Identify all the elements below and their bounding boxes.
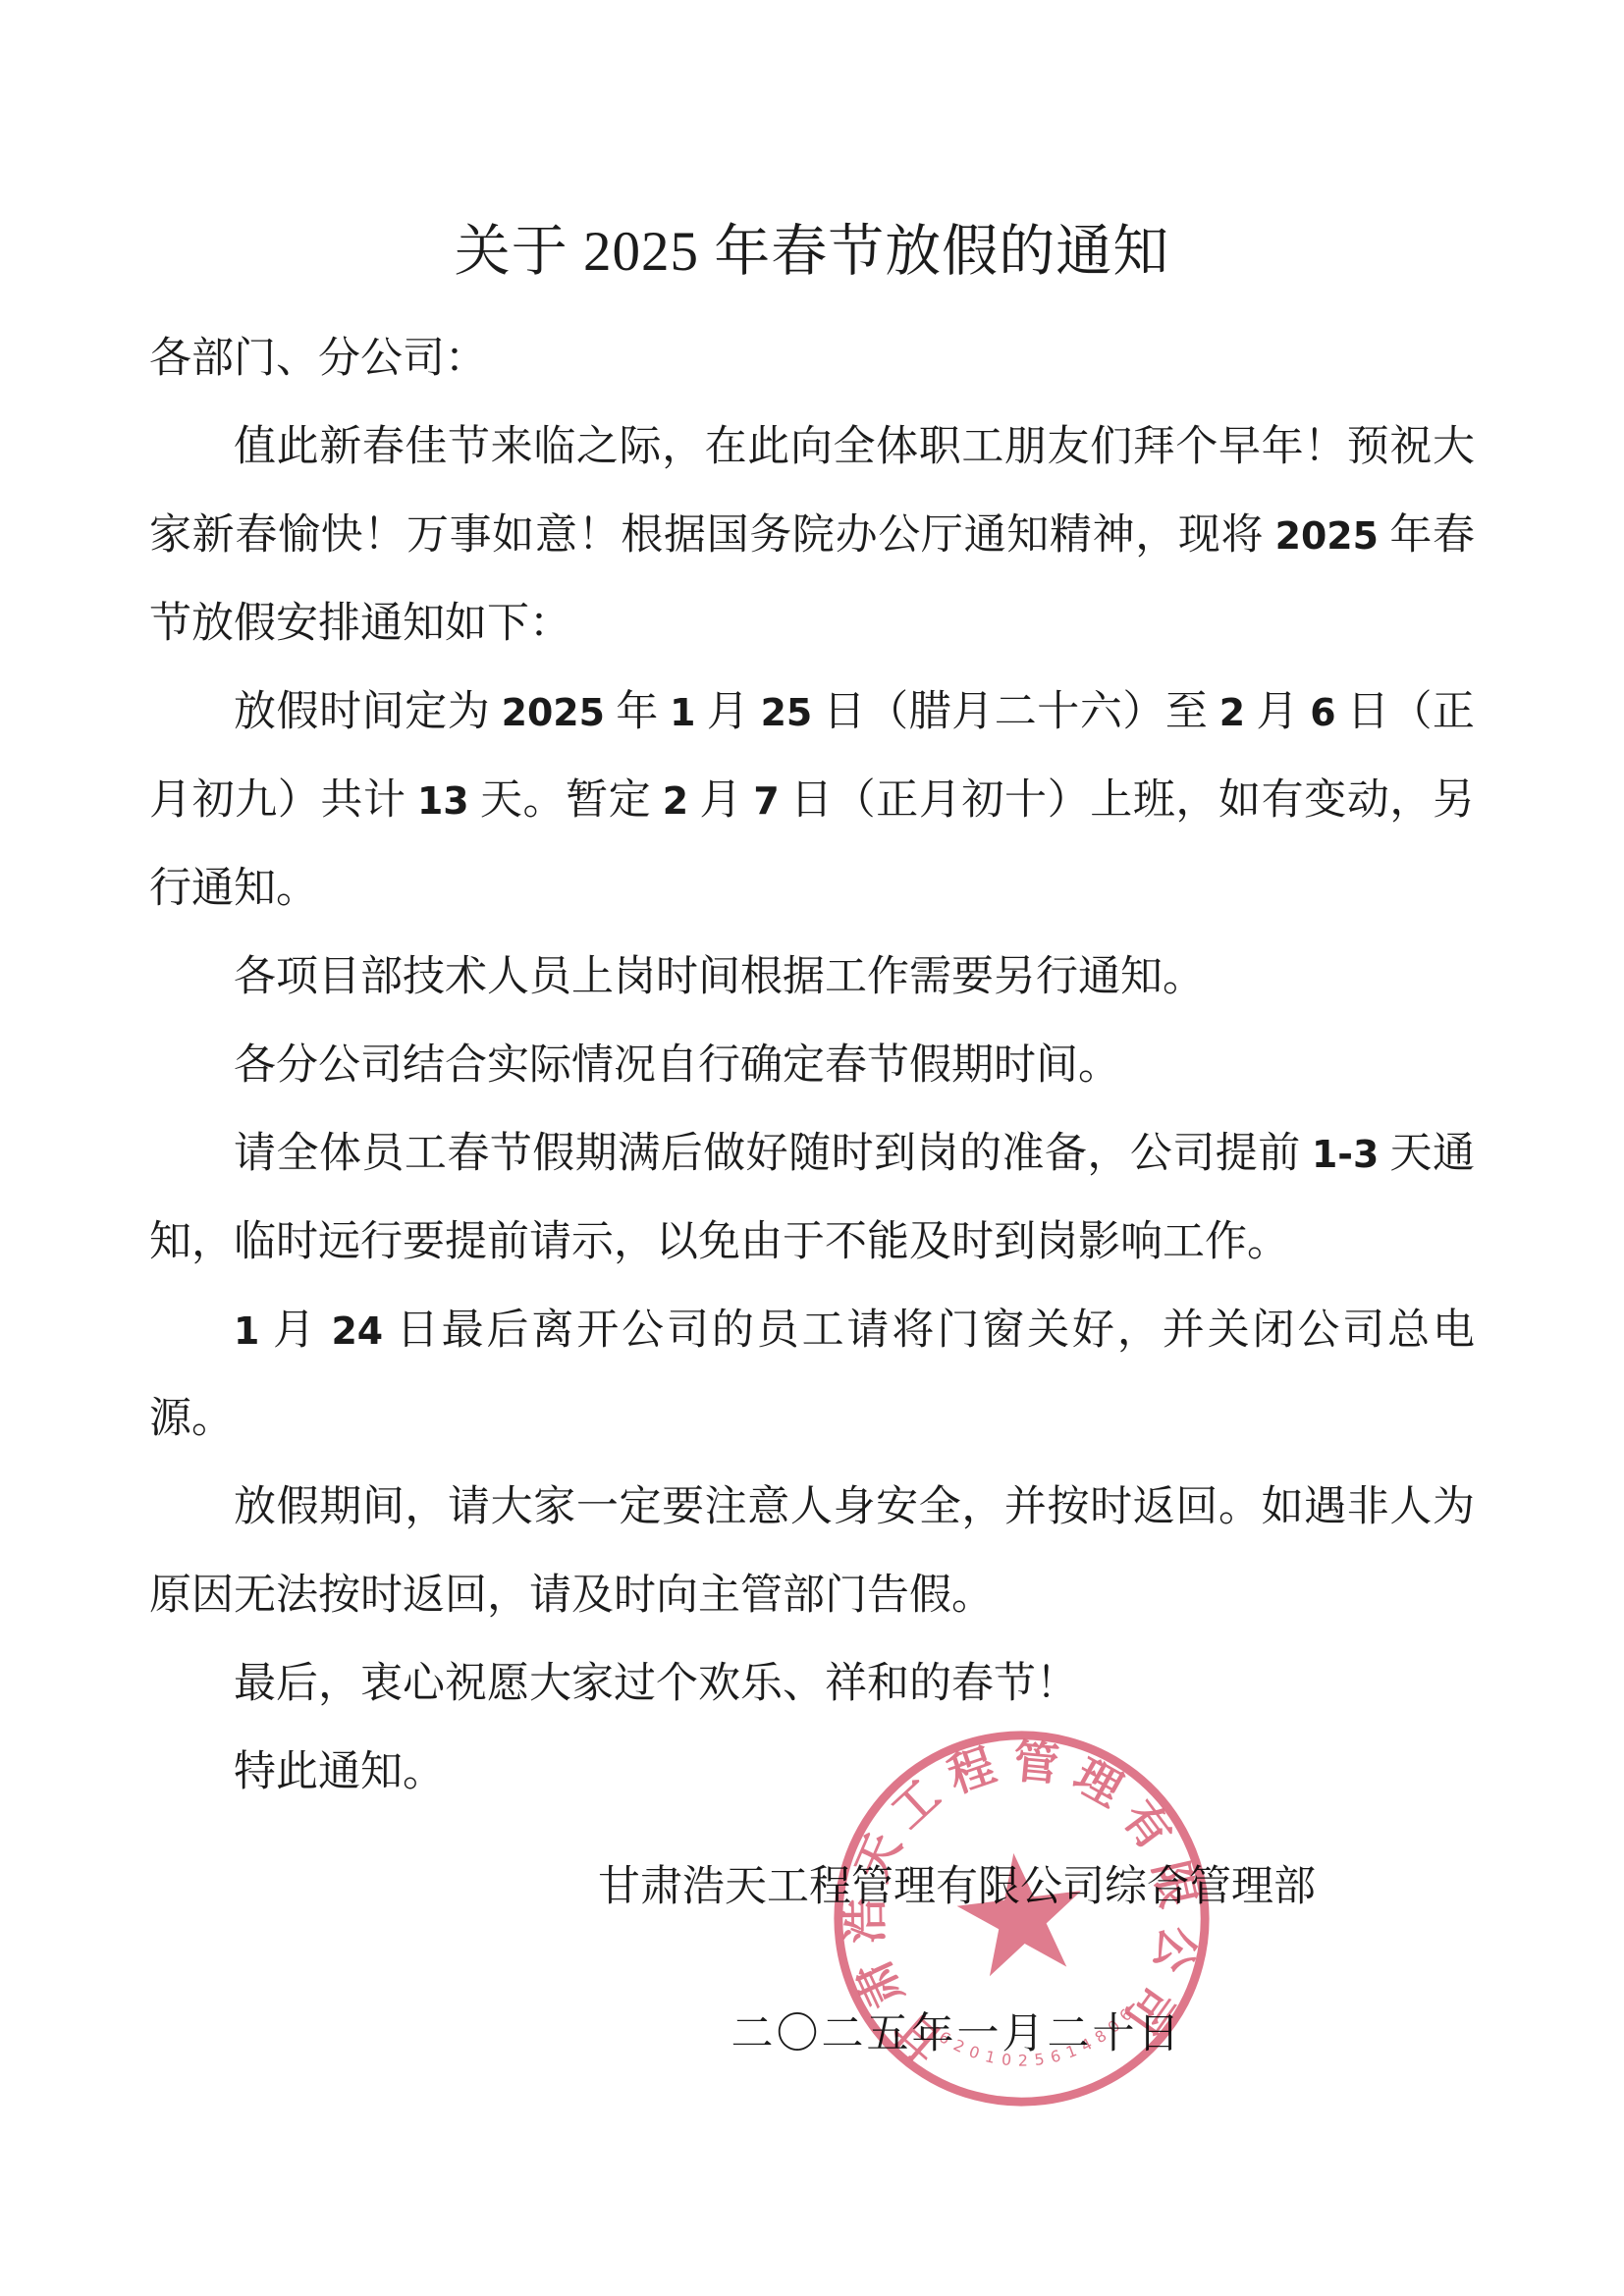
signature-block: 甘肃浩天工程管理有限公司综合管理部 二〇二五年一月二十日 xyxy=(598,1843,1316,2079)
paragraph: 1 月 24 日最后离开公司的员工请将门窗关好，并关闭公司总电源。 xyxy=(149,1287,1475,1464)
paragraph: 值此新春佳节来临之际，在此向全体职工朋友们拜个早年！预祝大家新春愉快！万事如意！… xyxy=(149,403,1475,668)
document-content: 关于 2025 年春节放假的通知 各部门、分公司： 值此新春佳节来临之际，在此向… xyxy=(0,214,1624,1817)
page-title: 关于 2025 年春节放假的通知 xyxy=(149,214,1475,290)
paragraph: 最后，衷心祝愿大家过个欢乐、祥和的春节！ xyxy=(149,1640,1475,1729)
paragraph: 各分公司结合实际情况自行确定春节假期时间。 xyxy=(149,1022,1475,1110)
paragraph: 放假时间定为 2025 年 1 月 25 日（腊月二十六）至 2 月 6 日（正… xyxy=(149,668,1475,934)
document-page: 关于 2025 年春节放假的通知 各部门、分公司： 值此新春佳节来临之际，在此向… xyxy=(0,0,1624,2296)
signature-date: 二〇二五年一月二十日 xyxy=(598,1991,1316,2079)
paragraph: 请全体员工春节假期满后做好随时到岗的准备，公司提前 1-3 天通知，临时远行要提… xyxy=(149,1110,1475,1287)
paragraph: 特此通知。 xyxy=(149,1729,1475,1817)
signature: 甘肃浩天工程管理有限公司综合管理部 xyxy=(598,1843,1316,1932)
salutation: 各部门、分公司： xyxy=(149,315,1475,403)
paragraph: 放假期间，请大家一定要注意人身安全，并按时返回。如遇非人为原因无法按时返回，请及… xyxy=(149,1464,1475,1640)
document-body: 各部门、分公司： 值此新春佳节来临之际，在此向全体职工朋友们拜个早年！预祝大家新… xyxy=(149,315,1475,1817)
paragraph: 各项目部技术人员上岗时间根据工作需要另行通知。 xyxy=(149,934,1475,1022)
